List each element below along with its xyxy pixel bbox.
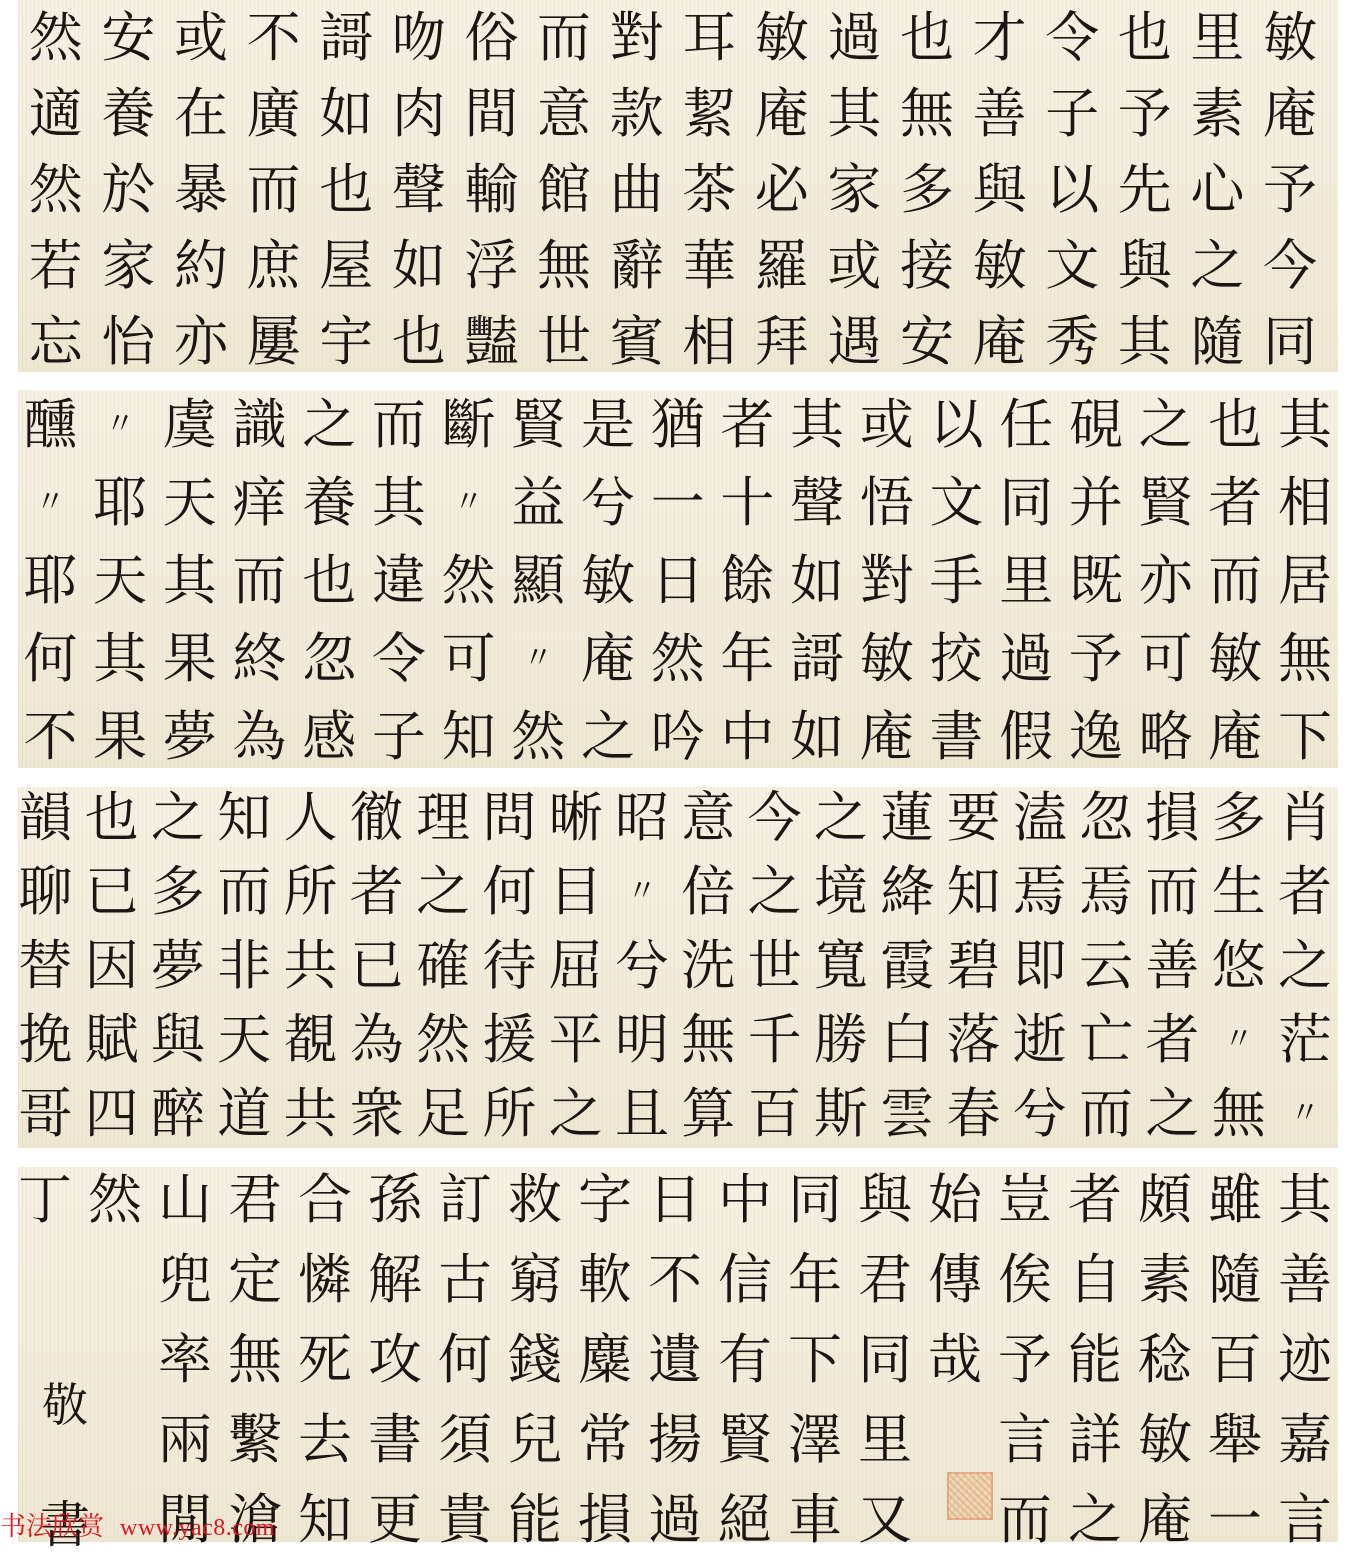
character: 能: [504, 1489, 566, 1551]
character: 哉: [924, 1329, 986, 1391]
character: 然: [647, 628, 709, 690]
character: 倍: [677, 861, 739, 923]
character: 予: [1114, 83, 1176, 145]
character: 日: [647, 550, 709, 612]
character: 而: [213, 861, 275, 923]
character: 醉: [147, 1083, 209, 1145]
character: 十: [716, 472, 778, 534]
character: 辭: [606, 235, 668, 297]
character: 過: [823, 7, 885, 69]
character: 舉: [1204, 1409, 1266, 1471]
character: 果: [89, 706, 151, 768]
character: 終: [229, 628, 291, 690]
character: 屋: [315, 235, 377, 297]
character: 心: [1186, 159, 1248, 221]
character: 過: [644, 1489, 706, 1551]
character: 援: [478, 1009, 540, 1071]
character: 曲: [606, 159, 668, 221]
character: 其: [1274, 394, 1336, 456]
character: 約: [170, 235, 232, 297]
character: 山: [154, 1169, 216, 1231]
character: 亡: [1075, 1009, 1137, 1071]
character: 也: [1204, 394, 1266, 456]
text-column: 過其家或遇: [823, 0, 885, 372]
text-column: 醺〃耶何不: [19, 390, 81, 768]
text-column: 而其違令子: [368, 390, 430, 768]
character: 感: [298, 706, 360, 768]
text-column: 敏庵予今同: [1259, 0, 1321, 372]
character: 可: [438, 628, 500, 690]
character: 俟: [994, 1249, 1056, 1311]
signature-surname: 丁: [14, 1169, 76, 1231]
character: 何: [478, 861, 540, 923]
character: 詳: [1064, 1409, 1126, 1471]
text-column: 也已因賦四: [81, 787, 143, 1148]
character: 浮: [460, 235, 522, 297]
character: 豈: [994, 1169, 1056, 1231]
text-column: 蓮絳霞白雲: [876, 787, 938, 1148]
character: 忽: [1075, 787, 1137, 849]
character: 肖: [1274, 787, 1336, 849]
character: 而: [533, 7, 595, 69]
character: 既: [1065, 550, 1127, 612]
character: 若: [25, 235, 87, 297]
character: 書: [364, 1409, 426, 1471]
character: 耳: [678, 7, 740, 69]
character: 意: [677, 787, 739, 849]
character: 有: [714, 1329, 776, 1391]
character: 也: [1114, 7, 1176, 69]
character: 肉: [388, 83, 450, 145]
text-column: 山兜率兩閒: [154, 1167, 216, 1542]
character: 錢: [504, 1329, 566, 1391]
character: 不: [19, 706, 81, 768]
character: 暴: [170, 159, 232, 221]
character: 無: [224, 1329, 286, 1391]
character: 款: [606, 83, 668, 145]
character: 言: [1274, 1489, 1336, 1551]
character: 秀: [1041, 311, 1103, 373]
character: 或: [170, 7, 232, 69]
character: 覩: [280, 1009, 342, 1071]
text-column: 者自能詳之: [1064, 1167, 1126, 1542]
character: 始: [924, 1169, 986, 1231]
character: 能: [1064, 1329, 1126, 1391]
character: 已: [81, 861, 143, 923]
character: 忘: [25, 311, 87, 373]
character: 居: [1274, 550, 1336, 612]
character: 間: [460, 83, 522, 145]
text-column: 字軟麋常損: [574, 1167, 636, 1542]
character: 稔: [1134, 1329, 1196, 1391]
text-column: 對款曲辭賓: [606, 0, 668, 372]
artist-seal-stamp: [947, 1472, 993, 1520]
character: 字: [574, 1169, 636, 1231]
character: 共: [280, 935, 342, 997]
text-column: 〃耶天其果: [89, 390, 151, 768]
character: 天: [213, 1009, 275, 1071]
character: 損: [574, 1489, 636, 1551]
text-column: 君定無繫滄: [224, 1167, 286, 1542]
character: 并: [1065, 472, 1127, 534]
repetition-mark: 〃: [507, 628, 569, 690]
text-column: 損而善者之: [1141, 787, 1203, 1148]
character: 今: [744, 787, 806, 849]
text-column: 與君同里又: [854, 1167, 916, 1542]
character: 吻: [388, 7, 450, 69]
character: 而: [1075, 1083, 1137, 1145]
character: 敏: [969, 235, 1031, 297]
character: 予: [1065, 628, 1127, 690]
character: 顯: [507, 550, 569, 612]
character: 非: [213, 935, 275, 997]
character: 也: [315, 159, 377, 221]
text-column: 訂古何須貴: [434, 1167, 496, 1542]
character: 也: [896, 7, 958, 69]
character: 悠: [1208, 935, 1270, 997]
character: 以: [926, 394, 988, 456]
character: 之: [810, 787, 872, 849]
character: 世: [744, 935, 806, 997]
character: 意: [533, 83, 595, 145]
character: 果: [159, 628, 221, 690]
character: 明: [611, 1009, 673, 1071]
character: 更: [364, 1489, 426, 1551]
character: 百: [1204, 1329, 1266, 1391]
character: 即: [1009, 935, 1071, 997]
character: 然: [25, 159, 87, 221]
character: 同: [1259, 311, 1321, 373]
text-column: 賢益顯〃然: [507, 390, 569, 768]
character: 敏: [856, 628, 918, 690]
text-column: 同年下澤車: [784, 1167, 846, 1542]
text-column: 多生悠〃無: [1208, 787, 1270, 1148]
character: 無: [1208, 1083, 1270, 1145]
character: 拜: [751, 311, 813, 373]
text-column: 昭〃兮明且: [611, 787, 673, 1148]
character: 夢: [159, 706, 221, 768]
character: 者: [1274, 861, 1336, 923]
character: 悟: [856, 472, 918, 534]
character: 率: [154, 1329, 216, 1391]
character: 溘: [1009, 787, 1071, 849]
character: 家: [823, 159, 885, 221]
character: 聊: [14, 861, 76, 923]
text-column: 然: [84, 1167, 146, 1542]
character: 救: [504, 1169, 566, 1231]
text-column: 要知碧落春: [943, 787, 1005, 1148]
character: 亦: [170, 311, 232, 373]
character: 善: [969, 83, 1031, 145]
character: 賓: [606, 311, 668, 373]
character: 之: [1135, 394, 1197, 456]
repetition-mark: 〃: [19, 472, 81, 534]
character: 隨: [1186, 311, 1248, 373]
character: 華: [678, 235, 740, 297]
character: 雖: [1204, 1169, 1266, 1231]
character: 云: [1075, 935, 1137, 997]
character: 中: [714, 1169, 776, 1231]
character: 如: [315, 83, 377, 145]
text-column: 意倍洗無算: [677, 787, 739, 1148]
character: 遇: [823, 311, 885, 373]
character: 知: [438, 706, 500, 768]
character: 庵: [751, 83, 813, 145]
text-column: 之賢亦可略: [1135, 390, 1197, 768]
text-column: 韻聊替挽哥: [14, 787, 76, 1148]
character: 庶: [243, 235, 305, 297]
character: 謌: [315, 7, 377, 69]
character: 適: [25, 83, 87, 145]
character: 要: [943, 787, 1005, 849]
character: 子: [368, 706, 430, 768]
character: 素: [1186, 83, 1248, 145]
text-column: 其聲如謌如: [786, 390, 848, 768]
character: 庵: [577, 628, 639, 690]
character: 對: [856, 550, 918, 612]
text-column: 豈俟予言而: [994, 1167, 1056, 1542]
character: 之: [545, 1083, 607, 1145]
character: 然: [507, 706, 569, 768]
character: 手: [926, 550, 988, 612]
character: 安: [896, 311, 958, 373]
character: 麋: [574, 1329, 636, 1391]
character: 霞: [876, 935, 938, 997]
character: 無: [896, 83, 958, 145]
character: 為: [229, 706, 291, 768]
character: 不: [644, 1249, 706, 1311]
text-column: 虞天其果夢: [159, 390, 221, 768]
character: 所: [478, 1083, 540, 1145]
character: 算: [677, 1083, 739, 1145]
signature-name: 敬: [34, 1374, 96, 1436]
character: 與: [1114, 235, 1176, 297]
character: 訂: [434, 1169, 496, 1231]
character: 予: [994, 1329, 1056, 1391]
text-column: 之養也忽感: [298, 390, 360, 768]
character: 庵: [856, 706, 918, 768]
character: 澤: [784, 1409, 846, 1471]
character: 四: [81, 1083, 143, 1145]
character: 為: [346, 1009, 408, 1071]
character: 貴: [434, 1489, 496, 1551]
text-column: 肖者之茫〃: [1274, 787, 1336, 1148]
repetition-mark: 〃: [1274, 1083, 1336, 1145]
text-column: 是兮敏庵之: [577, 390, 639, 768]
character: 是: [577, 394, 639, 456]
character: 痒: [229, 472, 291, 534]
character: 之: [298, 394, 360, 456]
character: 也: [298, 550, 360, 612]
text-column: 以文手挍書: [926, 390, 988, 768]
character: 如: [786, 550, 848, 612]
character: 虞: [159, 394, 221, 456]
character: 其: [89, 628, 151, 690]
text-column: 謌如也屋宇: [315, 0, 377, 372]
character: 而: [1141, 861, 1203, 923]
character: 對: [606, 7, 668, 69]
character: 人: [280, 787, 342, 849]
character: 者: [1141, 1009, 1203, 1071]
character: 焉: [1009, 861, 1071, 923]
character: 軟: [574, 1249, 636, 1311]
character: 一: [1204, 1489, 1266, 1551]
character: 而: [368, 394, 430, 456]
repetition-mark: 〃: [89, 394, 151, 456]
text-column: 理之確然足: [412, 787, 474, 1148]
character: 兮: [577, 472, 639, 534]
character: 耶: [19, 550, 81, 612]
character: 文: [1041, 235, 1103, 297]
character: 里: [1186, 7, 1248, 69]
character: 雲: [876, 1083, 938, 1145]
character: 輸: [460, 159, 522, 221]
character: 韻: [14, 787, 76, 849]
character: 白: [876, 1009, 938, 1071]
character: 或: [823, 235, 885, 297]
character: 之: [412, 861, 474, 923]
character: 而: [229, 550, 291, 612]
character: 衆: [346, 1083, 408, 1145]
character: 猶: [647, 394, 709, 456]
character: 之: [744, 861, 806, 923]
character: 庵: [1259, 83, 1321, 145]
text-column: 今之世千百: [744, 787, 806, 1148]
character: 相: [1274, 472, 1336, 534]
character: 共: [280, 1083, 342, 1145]
character: 迹: [1274, 1329, 1336, 1391]
character: 兒: [504, 1409, 566, 1471]
character: 目: [545, 861, 607, 923]
character: 遺: [644, 1329, 706, 1391]
character: 合: [294, 1169, 356, 1231]
character: 里: [854, 1409, 916, 1471]
character: 中: [716, 706, 778, 768]
character: 假: [995, 706, 1057, 768]
text-column: 令子以文秀: [1041, 0, 1103, 372]
character: 頗: [1134, 1169, 1196, 1231]
character: 去: [294, 1409, 356, 1471]
character: 善: [1141, 935, 1203, 997]
character: 敏: [1204, 628, 1266, 690]
character: 吟: [647, 706, 709, 768]
character: 相: [678, 311, 740, 373]
character: 足: [412, 1083, 474, 1145]
character: 庵: [1134, 1489, 1196, 1551]
character: 問: [478, 787, 540, 849]
character: 賢: [1135, 472, 1197, 534]
character: 斯: [810, 1083, 872, 1145]
character: 勝: [810, 1009, 872, 1071]
character: 也: [388, 311, 450, 373]
character: 賢: [714, 1409, 776, 1471]
character: 素: [1134, 1249, 1196, 1311]
character: 而: [994, 1489, 1056, 1551]
character: 書: [926, 706, 988, 768]
character: 庵: [969, 311, 1031, 373]
character: 碧: [943, 935, 1005, 997]
text-column: 才善與敏庵: [969, 0, 1031, 372]
character: 之: [1274, 935, 1336, 997]
character: 窮: [504, 1249, 566, 1311]
text-column: 而意館無世: [533, 0, 595, 372]
character: 安: [97, 7, 159, 69]
character: 豔: [460, 311, 522, 373]
character: 其: [823, 83, 885, 145]
character: 落: [943, 1009, 1005, 1071]
character: 傳: [924, 1249, 986, 1311]
character: 與: [969, 159, 1031, 221]
calligraphy-section-4: 然山兜率兩閒君定無繫滄合憐死去知孫解攻書更訂古何須貴救窮錢兒能字軟麋常損日不遺揚…: [18, 1167, 1338, 1542]
character: 其: [159, 550, 221, 612]
character: 無: [677, 1009, 739, 1071]
character: 挍: [926, 628, 988, 690]
character: 餘: [716, 550, 778, 612]
character: 定: [224, 1249, 286, 1311]
character: 館: [533, 159, 595, 221]
character: 隨: [1204, 1249, 1266, 1311]
character: 下: [784, 1329, 846, 1391]
character: 所: [280, 861, 342, 923]
character: 文: [926, 472, 988, 534]
character: 揚: [644, 1409, 706, 1471]
character: 境: [810, 861, 872, 923]
character: 何: [19, 628, 81, 690]
character: 嘉: [1274, 1409, 1336, 1471]
character: 日: [644, 1169, 706, 1231]
character: 羅: [751, 235, 813, 297]
character: 古: [434, 1249, 496, 1311]
character: 年: [716, 628, 778, 690]
character: 與: [854, 1169, 916, 1231]
text-column: 敏庵必羅拜: [751, 0, 813, 372]
text-column: 之境寬勝斯: [810, 787, 872, 1148]
character: 先: [1114, 159, 1176, 221]
character: 其: [368, 472, 430, 534]
character: 千: [744, 1009, 806, 1071]
character: 兮: [1009, 1083, 1071, 1145]
character: 然: [438, 550, 500, 612]
character: 者: [716, 394, 778, 456]
character: 茶: [678, 159, 740, 221]
character: 屈: [545, 935, 607, 997]
character: 天: [89, 550, 151, 612]
text-column: 問何待援所: [478, 787, 540, 1148]
character: 宇: [315, 311, 377, 373]
text-column: 徹者已為衆: [346, 787, 408, 1148]
character: 何: [434, 1329, 496, 1391]
character: 寬: [810, 935, 872, 997]
character: 接: [896, 235, 958, 297]
text-column: 吻肉聲如也: [388, 0, 450, 372]
character: 同: [784, 1169, 846, 1231]
character: 年: [784, 1249, 846, 1311]
character: 之: [1064, 1489, 1126, 1551]
character: 春: [943, 1083, 1005, 1145]
character: 絜: [678, 83, 740, 145]
watermark-url: www.yac8.com: [120, 1515, 275, 1542]
character: 替: [14, 935, 76, 997]
character: 家: [97, 235, 159, 297]
character: 然: [25, 7, 87, 69]
character: 任: [995, 394, 1057, 456]
character: 在: [170, 83, 232, 145]
character: 違: [368, 550, 430, 612]
character: 損: [1141, 787, 1203, 849]
character: 如: [388, 235, 450, 297]
character: 忽: [298, 628, 360, 690]
text-column: 雖隨百舉一: [1204, 1167, 1266, 1542]
